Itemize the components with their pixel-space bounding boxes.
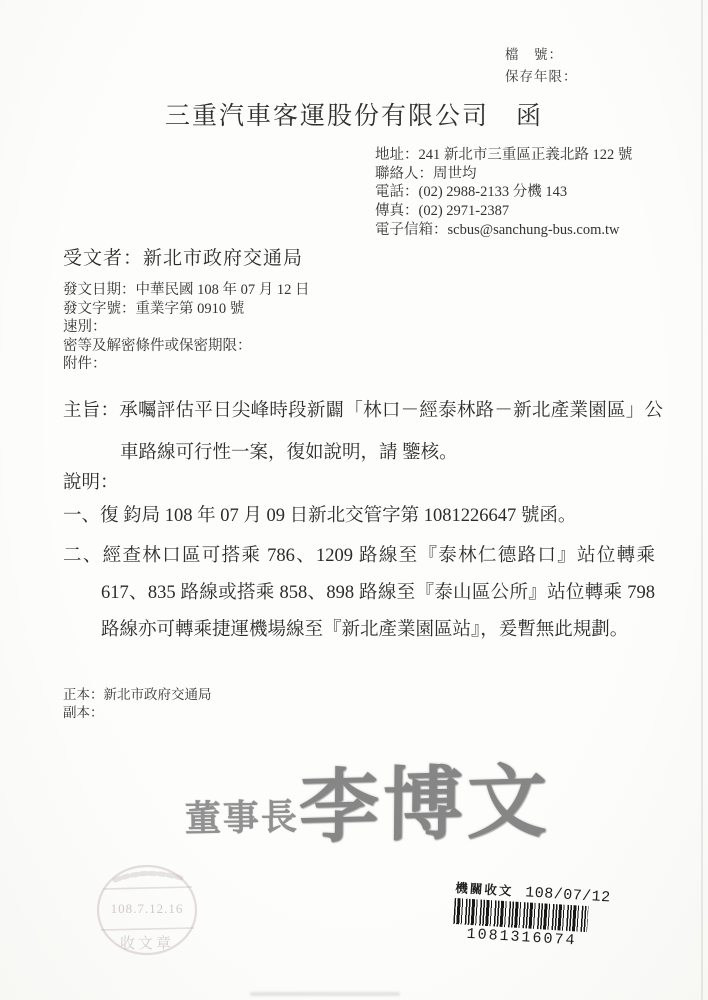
document-title: 三重汽車客運股份有限公司 函: [0, 96, 708, 132]
stamp-date-text: 108.7.12.16: [111, 901, 184, 916]
original-copy-line: 正本：新北市政府交通局: [63, 686, 212, 704]
recipient-line: 受文者：新北市政府交通局: [63, 243, 303, 270]
description-heading: 說明：: [63, 468, 119, 494]
file-number-block: 檔 號： 保存年限：: [505, 44, 578, 88]
issuance-meta-block: 發文日期：中華民國 108 年 07 月 12 日 發文字號：重業字第 0910…: [63, 281, 310, 374]
speed-class: 速別：: [63, 318, 310, 337]
description-item-2: 二、經查林口區可搭乘 786、1209 路線至『泰林仁德路口』站位轉乘 617、…: [63, 538, 655, 649]
item-2-text: 經查林口區可搭乘 786、1209 路線至『泰林仁德路口』站位轉乘 617、83…: [101, 546, 655, 640]
item-1-text: 復 鈞局 108 年 07 月 09 日新北交管字第 1081226647 號函…: [100, 506, 576, 526]
scanned-letter-page: 檔 號： 保存年限： 三重汽車客運股份有限公司 函 地址：241 新北市三重區正…: [0, 0, 708, 1000]
file-no-label: 檔 號：: [505, 44, 578, 66]
subject-text: 承囑評估平日尖峰時段新闢「林口－經泰林路－新北產業園區」公車路線可行性一案，復如…: [119, 401, 663, 463]
stamp-top-arc-marks: [115, 873, 181, 880]
issue-date: 發文日期：中華民國 108 年 07 月 12 日: [63, 281, 310, 300]
sender-address: 地址：241 新北市三重區正義北路 122 號: [375, 146, 632, 165]
receive-stamp: 108.7.12.16 收文章: [95, 862, 207, 960]
agency-stamp-label: 機關收文: [455, 878, 514, 900]
attachment-line: 附件：: [63, 355, 310, 374]
security-class: 密等及解密條件或保密期限：: [63, 337, 310, 356]
description-item-1: 一、復 鈞局 108 年 07 月 09 日新北交管字第 1081226647 …: [63, 498, 659, 535]
signature-block: 董事長 李博文: [185, 740, 551, 855]
sender-email: 電子信箱：scbus@sanchung-bus.com.tw: [375, 221, 632, 240]
sender-phone: 電話：(02) 2988-2133 分機 143: [375, 183, 632, 202]
retention-label: 保存年限：: [505, 66, 578, 88]
scan-smudge-artifact: [250, 992, 400, 996]
ref-number: 發文字號：重業字第 0910 號: [63, 300, 310, 319]
scan-edge-artifact: [701, 0, 703, 1000]
sender-contact-person: 聯絡人：周世均: [375, 165, 632, 184]
signature-name: 李博文: [299, 737, 552, 859]
copies-block: 正本：新北市政府交通局 副本：: [63, 686, 212, 721]
sender-fax: 傳真：(02) 2971-2387: [375, 202, 632, 221]
sender-contact-block: 地址：241 新北市三重區正義北路 122 號 聯絡人：周世均 電話：(02) …: [375, 146, 632, 240]
subject-paragraph: 主旨：承囑評估平日尖峰時段新闢「林口－經泰林路－新北產業園區」公車路線可行性一案…: [63, 390, 663, 474]
agency-receive-stamp: 機關收文 108/07/12 1081316074: [452, 878, 596, 950]
signature-title: 董事長: [184, 789, 299, 856]
duplicate-copy-line: 副本：: [63, 704, 212, 722]
subject-label: 主旨：: [63, 401, 119, 421]
item-2-label: 二、: [63, 546, 103, 566]
item-1-label: 一、: [63, 506, 100, 526]
stamp-bottom-text: 收文章: [120, 934, 174, 952]
